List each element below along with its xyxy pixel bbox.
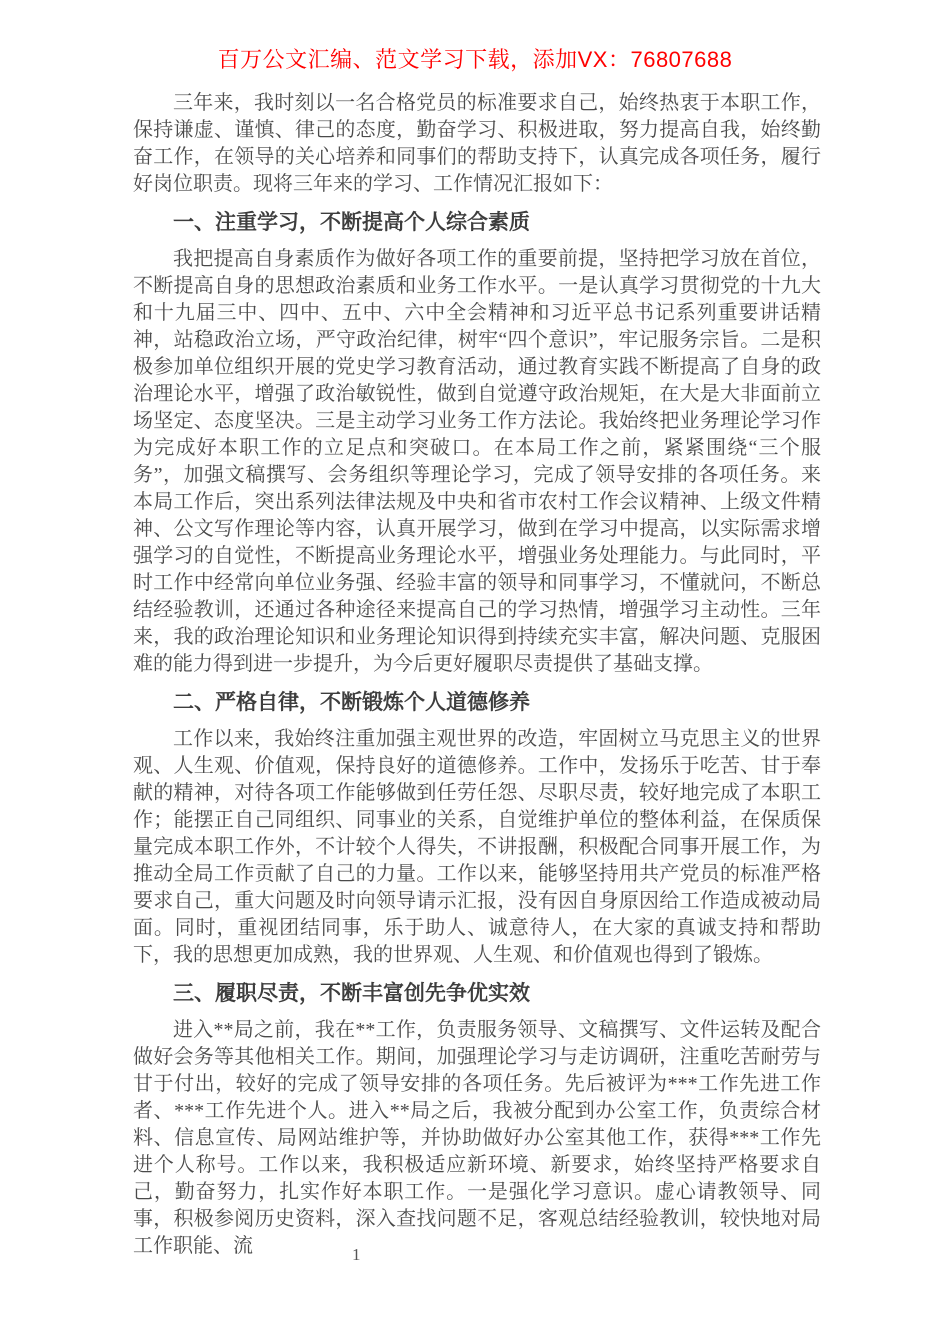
section-paragraph-2: 工作以来，我始终注重加强主观世界的改造，牢固树立马克思主义的世界观、人生观、价值… bbox=[133, 726, 821, 969]
promo-banner-text: 百万公文汇编、范文学习下载，添加VX：76807688 bbox=[0, 46, 950, 74]
section-heading-3: 三、履职尽责，不断丰富创先争优实效 bbox=[133, 979, 821, 1009]
document-body: 三年来，我时刻以一名合格党员的标准要求自己，始终热衷于本职工作，保持谦虚、谨慎、… bbox=[133, 90, 821, 1260]
section-heading-2: 二、严格自律，不断锻炼个人道德修养 bbox=[133, 688, 821, 718]
page-number: 1 bbox=[352, 1244, 361, 1266]
section-paragraph-1: 我把提高自身素质作为做好各项工作的重要前提，坚持把学习放在首位，不断提高自身的思… bbox=[133, 246, 821, 678]
intro-paragraph: 三年来，我时刻以一名合格党员的标准要求自己，始终热衷于本职工作，保持谦虚、谨慎、… bbox=[133, 90, 821, 198]
section-paragraph-3: 进入**局之前，我在**工作，负责服务领导、文稿撰写、文件运转及配合做好会务等其… bbox=[133, 1017, 821, 1260]
section-heading-1: 一、注重学习，不断提高个人综合素质 bbox=[133, 208, 821, 238]
document-page: 百万公文汇编、范文学习下载，添加VX：76807688 三年来，我时刻以一名合格… bbox=[0, 0, 950, 1344]
